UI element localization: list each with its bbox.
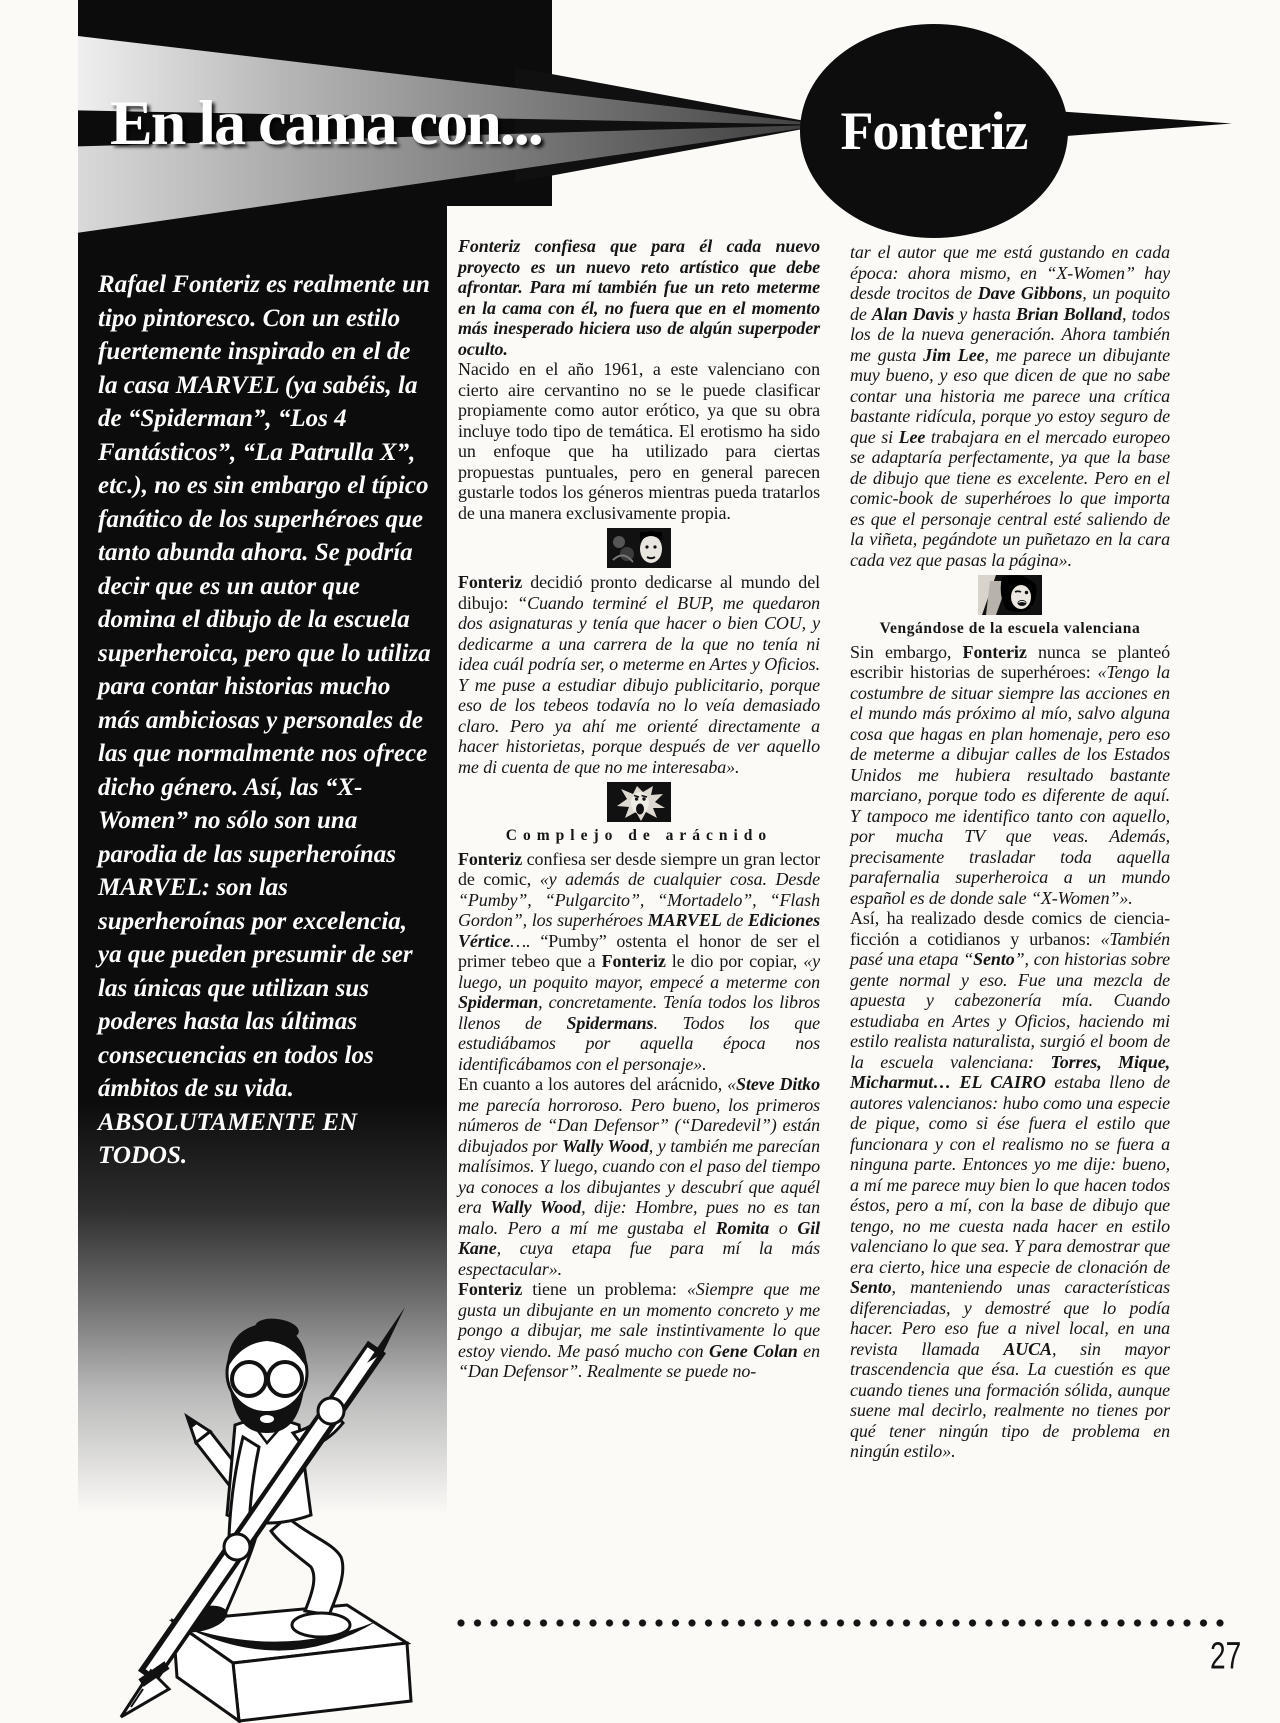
section-break-icon-2 [607,782,671,822]
article-paragraph: Fonteriz confiesa ser desde siempre un g… [458,849,820,1075]
section-heading: Vengándose de la escuela valenciana [850,619,1170,640]
article-paragraph: En cuanto a los autores del arácnido, «S… [458,1074,820,1279]
article-paragraph: Fonteriz decidió pronto dedicarse al mun… [458,572,820,777]
page-title: En la cama con... [110,86,542,160]
magazine-page: En la cama con... Fonteriz Rafael Fonter… [0,0,1280,1723]
intro-emphasis: ABSOLUTAMENTE EN TODOS. [98,1106,436,1173]
author-name: Fonteriz [841,100,1028,162]
article-paragraph: tar el autor que me está gustando en cad… [850,242,1170,570]
article-paragraph: Nacido en el año 1961, a este valenciano… [458,359,820,523]
lead-paragraph: Fonteriz confiesa que para él cada nuevo… [458,236,820,359]
article-paragraph: Así, ha realizado desde comics de cienci… [850,908,1170,1462]
article-paragraph: Sin embargo, Fonteriz nunca se planteó e… [850,642,1170,909]
intro-paragraph: Rafael Fonteriz es realmente un tipo pin… [98,268,436,1106]
section-break-icon-3 [978,575,1042,615]
section-heading: Complejo de arácnido [458,826,820,847]
section-break-icon-1 [607,528,671,568]
page-number: 27 [1210,1634,1241,1678]
dotted-separator [456,1618,1230,1628]
author-name-badge: Fonteriz [800,24,1068,238]
cartoonist-illustration [115,1285,425,1723]
intro-column: Rafael Fonteriz es realmente un tipo pin… [98,268,436,1173]
article-paragraph: Fonteriz tiene un problema: «Siempre que… [458,1279,820,1382]
middle-column: Fonteriz confiesa que para él cada nuevo… [458,236,820,1382]
right-column: tar el autor que me está gustando en cad… [850,242,1170,1462]
